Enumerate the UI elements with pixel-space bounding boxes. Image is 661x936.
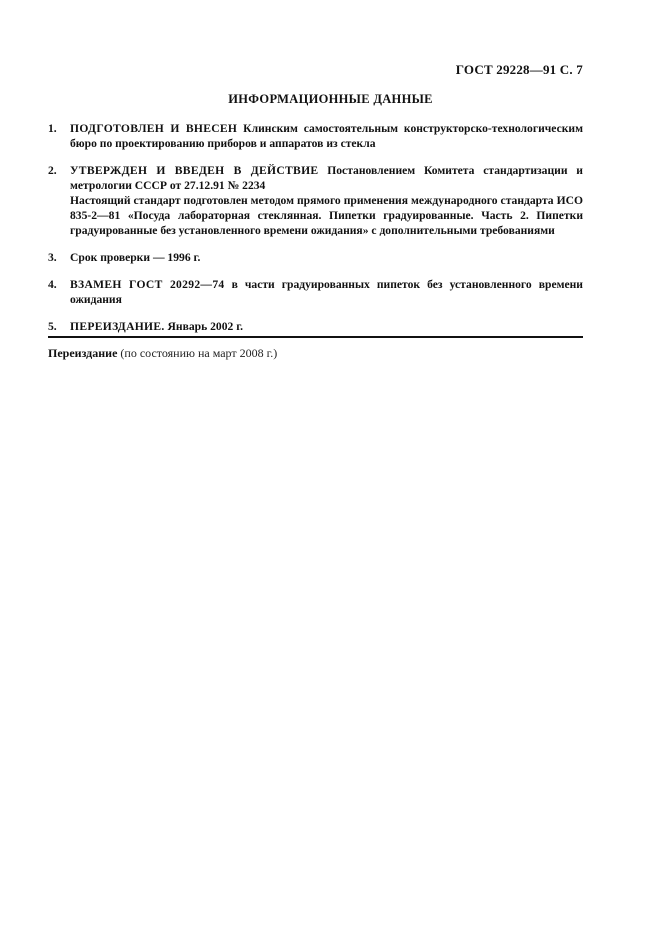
item-number: 4. <box>48 277 70 307</box>
item-lead: ПОДГОТОВЛЕН И ВНЕСЕН <box>70 122 237 135</box>
item-lead: ВЗАМЕН ГОСТ 20292—74 <box>70 278 225 291</box>
item-number: 1. <box>48 121 70 151</box>
page-reference: ГОСТ 29228—91 С. 7 <box>456 62 583 78</box>
document-title: ИНФОРМАЦИОННЫЕ ДАННЫЕ <box>0 92 661 107</box>
item-text: Срок проверки — 1996 г. <box>70 251 200 264</box>
info-item-prepared: 1. ПОДГОТОВЛЕН И ВНЕСЕН Клинским самосто… <box>48 121 583 151</box>
item-subtext: Настоящий стандарт подготовлен методом п… <box>70 193 583 238</box>
reissue-text: (по состоянию на март 2008 г.) <box>117 346 277 360</box>
item-number: 3. <box>48 250 70 265</box>
horizontal-divider <box>48 336 583 338</box>
item-text: Январь 2002 г. <box>165 320 243 333</box>
item-number: 5. <box>48 319 70 334</box>
info-item-replaces: 4. ВЗАМЕН ГОСТ 20292—74 в части градуиро… <box>48 277 583 307</box>
info-items-list: 1. ПОДГОТОВЛЕН И ВНЕСЕН Клинским самосто… <box>48 121 583 346</box>
info-item-review-date: 3. Срок проверки — 1996 г. <box>48 250 583 265</box>
reissue-label: Переиздание <box>48 346 117 360</box>
item-number: 2. <box>48 163 70 238</box>
item-lead: ПЕРЕИЗДАНИЕ. <box>70 320 165 333</box>
reissue-note: Переиздание (по состоянию на март 2008 г… <box>48 346 277 361</box>
item-lead: УТВЕРЖДЕН И ВВЕДЕН В ДЕЙСТВИЕ <box>70 164 318 177</box>
info-item-reissue: 5. ПЕРЕИЗДАНИЕ. Январь 2002 г. <box>48 319 583 334</box>
info-item-approved: 2. УТВЕРЖДЕН И ВВЕДЕН В ДЕЙСТВИЕ Постано… <box>48 163 583 238</box>
